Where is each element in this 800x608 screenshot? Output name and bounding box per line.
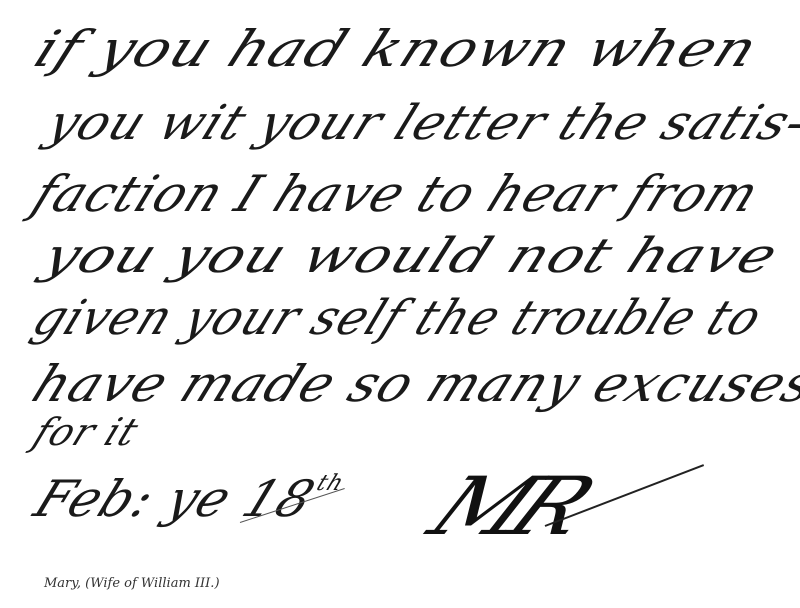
- letter-page: if you had known when you wit your lette…: [0, 0, 800, 608]
- date-text: Feb: ye 18: [26, 470, 323, 528]
- signature: MR: [413, 460, 601, 553]
- letter-line-6: have made so many excuses: [24, 355, 800, 413]
- letter-line-5: given your self the trouble to: [25, 290, 771, 346]
- letter-line-4: you you would not have: [35, 228, 787, 284]
- letter-line-7: for it: [27, 410, 145, 454]
- letter-line-2: you wit your letter the satis-: [39, 95, 800, 151]
- attribution-caption: Mary, (Wife of William III.): [44, 576, 220, 591]
- letter-line-1: if you had known when: [26, 20, 767, 78]
- letter-date: Feb: ye 18th: [26, 470, 348, 528]
- letter-line-3: faction I have to hear from: [24, 165, 768, 223]
